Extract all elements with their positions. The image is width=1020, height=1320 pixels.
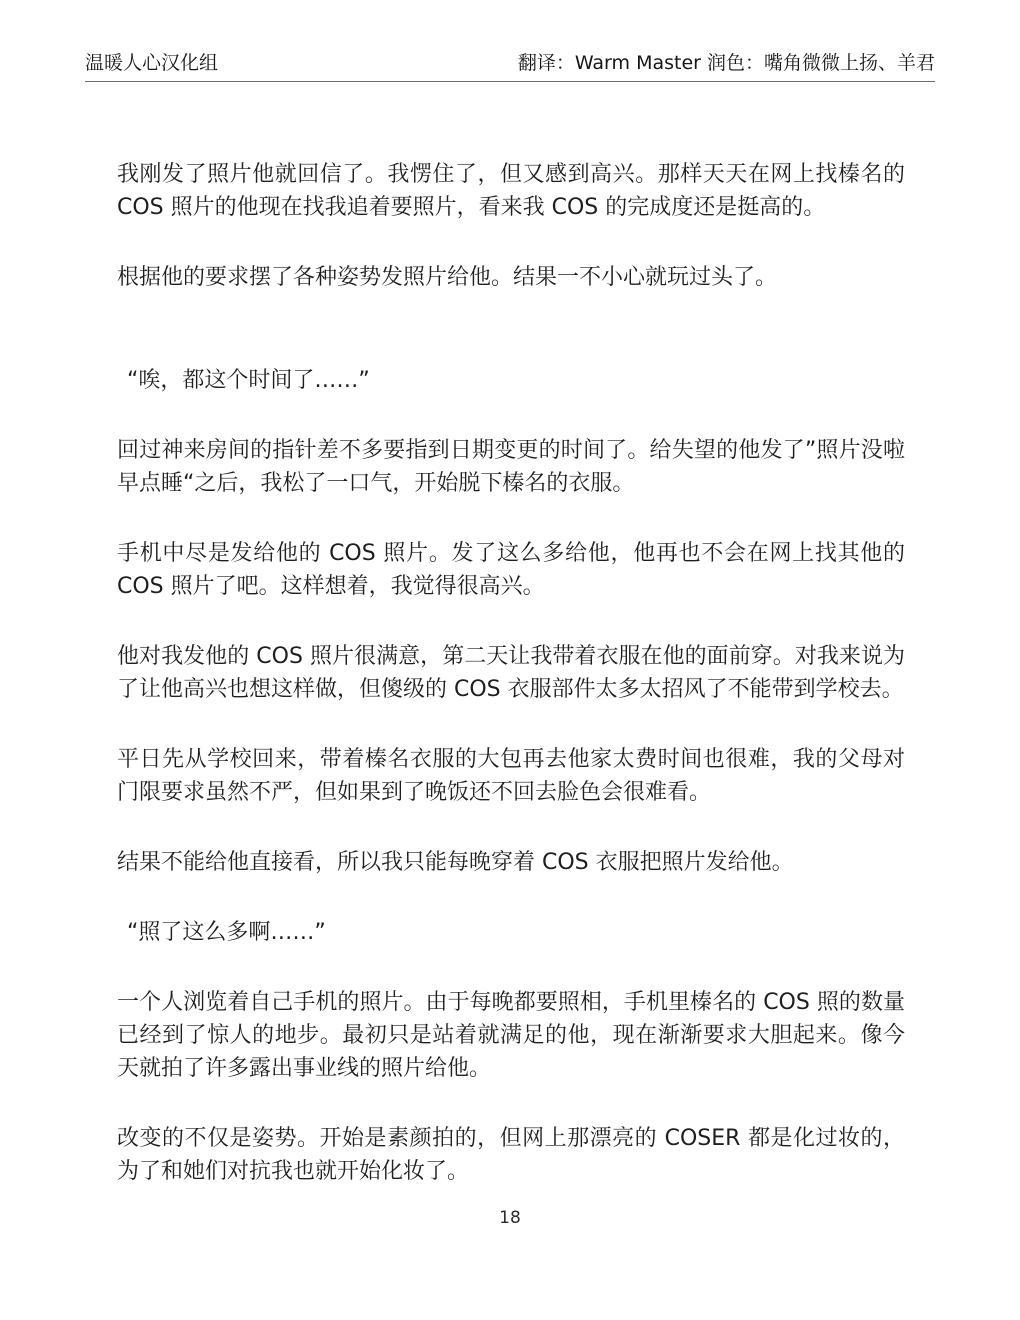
body-paragraph: 手机中尽是发给他的 COS 照片。发了这么多给他，他再也不会在网上找其他的 CO… — [117, 537, 905, 603]
document-page: 温暖人心汉化组 翻译：Warm Master 润色：嘴角微微上扬、羊君 我刚发了… — [0, 0, 1020, 1320]
dialogue-paragraph: “唉，都这个时间了……” — [117, 364, 905, 397]
body-paragraph: 平日先从学校回来，带着榛名衣服的大包再去他家太费时间也很难，我的父母对门限要求虽… — [117, 743, 905, 809]
body-paragraph: 回过神来房间的指针差不多要指到日期变更的时间了。给失望的他发了”照片没啦早点睡“… — [117, 434, 905, 500]
body-paragraph: 改变的不仅是姿势。开始是素颜拍的，但网上那漂亮的 COSER 都是化过妆的，为了… — [117, 1122, 905, 1188]
page-number: 18 — [499, 1208, 521, 1228]
dialogue-paragraph: “照了这么多啊……” — [117, 916, 905, 949]
body-paragraph: 根据他的要求摆了各种姿势发照片给他。结果一不小心就玩过头了。 — [117, 261, 905, 294]
body-paragraph: 结果不能给他直接看，所以我只能每晚穿着 COS 衣服把照片发给他。 — [117, 846, 905, 879]
body-text: 我刚发了照片他就回信了。我愣住了，但又感到高兴。那样天天在网上找榛名的 COS … — [117, 86, 905, 1225]
body-paragraph: 他对我发他的 COS 照片很满意，第二天让我带着衣服在他的面前穿。对我来说为了让… — [117, 640, 905, 706]
page-header: 温暖人心汉化组 翻译：Warm Master 润色：嘴角微微上扬、羊君 — [85, 50, 935, 82]
page-footer: 18 — [0, 1206, 1020, 1230]
body-paragraph: 我刚发了照片他就回信了。我愣住了，但又感到高兴。那样天天在网上找榛名的 COS … — [117, 158, 905, 224]
body-paragraph: 一个人浏览着自己手机的照片。由于每晚都要照相，手机里榛名的 COS 照的数量已经… — [117, 986, 905, 1085]
translation-group-name: 温暖人心汉化组 — [85, 50, 218, 76]
translation-credits: 翻译：Warm Master 润色：嘴角微微上扬、羊君 — [518, 50, 935, 76]
